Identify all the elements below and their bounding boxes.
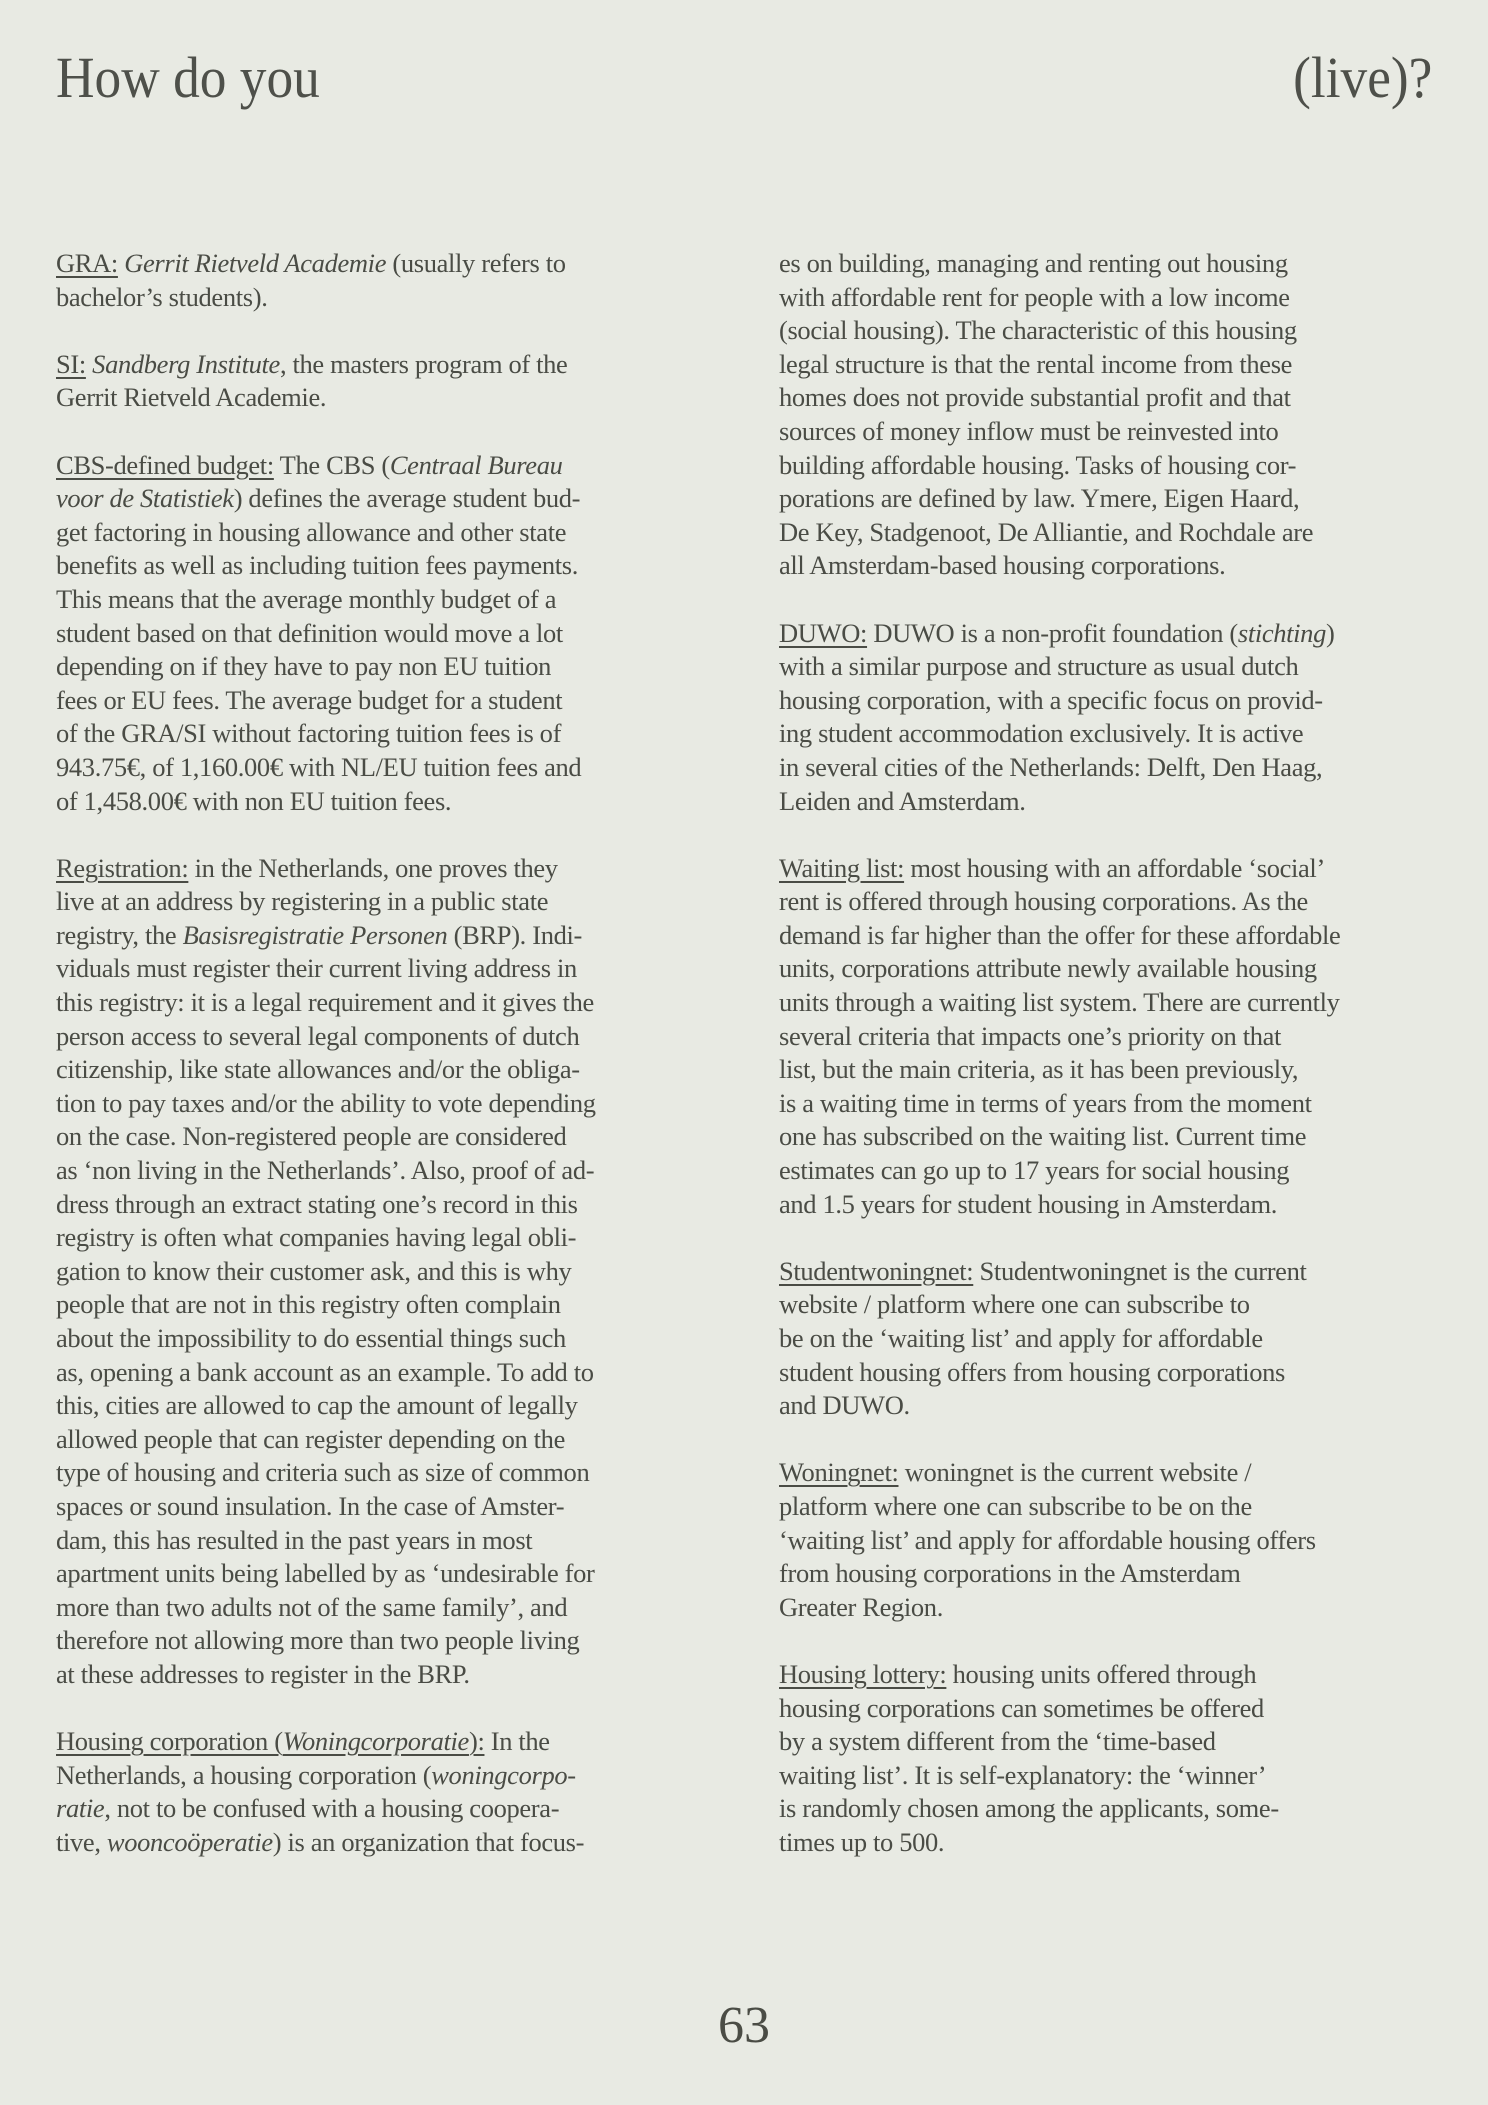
text-line: benefits as well as including tuition fe… [56, 549, 696, 583]
text-line: all Amsterdam-based housing corporations… [779, 549, 1419, 583]
body-text: (BRP). Indi- [447, 920, 582, 950]
text-line: housing corporations can sometimes be of… [779, 1692, 1419, 1726]
text-line: De Key, Stadgenoot, De Alliantie, and Ro… [779, 516, 1419, 550]
body-text: units through a waiting list system. The… [779, 987, 1340, 1017]
body-text: (social housing). The characteristic of … [779, 315, 1297, 345]
page-title-right: (live)? [1293, 42, 1432, 114]
body-text: Greater Region. [779, 1592, 943, 1622]
body-text: with affordable rent for people with a l… [779, 282, 1290, 312]
body-text: es on building, managing and renting out… [779, 248, 1288, 278]
body-text: dam, this has resulted in the past years… [56, 1525, 532, 1555]
text-line: more than two adults not of the same fam… [56, 1591, 696, 1625]
text-line: get factoring in housing allowance and o… [56, 516, 696, 550]
page-title-left: How do you [56, 42, 320, 114]
text-line: gation to know their customer ask, and t… [56, 1255, 696, 1289]
body-text: waiting list’. It is self-explanatory: t… [779, 1760, 1266, 1790]
body-text: Netherlands, a housing corporation ( [56, 1760, 431, 1790]
body-text: viduals must register their current livi… [56, 953, 577, 983]
body-text: estimates can go up to 17 years for soci… [779, 1155, 1289, 1185]
body-text: This means that the average monthly budg… [56, 584, 556, 614]
text-line: bachelor’s students). [56, 281, 696, 315]
body-text: registry, the [56, 920, 183, 950]
text-line: homes does not provide substantial profi… [779, 381, 1419, 415]
text-line: as, opening a bank account as an example… [56, 1356, 696, 1390]
body-text: more than two adults not of the same fam… [56, 1592, 567, 1622]
glossary-entry: es on building, managing and renting out… [779, 247, 1419, 583]
body-text: bachelor’s students). [56, 282, 267, 312]
text-line: is a waiting time in terms of years from… [779, 1087, 1419, 1121]
body-text: in the Netherlands, one proves they [188, 853, 557, 883]
body-text: De Key, Stadgenoot, De Alliantie, and Ro… [779, 517, 1313, 547]
italic-text: Basisregistratie Personen [183, 920, 448, 950]
body-text: on the case. Non-registered people are c… [56, 1121, 566, 1151]
glossary-entry: GRA: Gerrit Rietveld Academie (usually r… [56, 247, 696, 314]
glossary-entry: Woningnet: woningnet is the current webs… [779, 1456, 1419, 1624]
text-line: Woningnet: woningnet is the current webs… [779, 1456, 1419, 1490]
text-line: this registry: it is a legal requirement… [56, 986, 696, 1020]
text-line: depending on if they have to pay non EU … [56, 650, 696, 684]
text-line: demand is far higher than the offer for … [779, 919, 1419, 953]
glossary-term: ): [469, 1726, 485, 1756]
body-text: woningnet is the current website / [899, 1457, 1252, 1487]
body-text: this, cities are allowed to cap the amou… [56, 1390, 578, 1420]
text-line: porations are defined by law. Ymere, Eig… [779, 482, 1419, 516]
body-text: tion to pay taxes and/or the ability to … [56, 1088, 596, 1118]
body-text: all Amsterdam-based housing corporations… [779, 550, 1225, 580]
text-line: ratie, not to be confused with a housing… [56, 1792, 696, 1826]
text-line: ‘waiting list’ and apply for affordable … [779, 1524, 1419, 1558]
body-text: 943.75€, of 1,160.00€ with NL/EU tuition… [56, 752, 581, 782]
body-text: at these addresses to register in the BR… [56, 1659, 470, 1689]
text-line: Waiting list: most housing with an affor… [779, 852, 1419, 886]
text-line: from housing corporations in the Amsterd… [779, 1557, 1419, 1591]
text-line: therefore not allowing more than two peo… [56, 1624, 696, 1658]
body-text: several criteria that impacts one’s prio… [779, 1021, 1281, 1051]
glossary-entry: DUWO: DUWO is a non-profit foundation (s… [779, 617, 1419, 819]
text-line: one has subscribed on the waiting list. … [779, 1120, 1419, 1154]
text-line: and DUWO. [779, 1389, 1419, 1423]
italic-text: Gerrit Rietveld Academie [124, 248, 386, 278]
body-text: ‘waiting list’ and apply for affordable … [779, 1525, 1316, 1555]
glossary-entry: Waiting list: most housing with an affor… [779, 852, 1419, 1222]
text-line: person access to several legal component… [56, 1020, 696, 1054]
text-line: units through a waiting list system. The… [779, 986, 1419, 1020]
text-line: waiting list’. It is self-explanatory: t… [779, 1759, 1419, 1793]
body-text: student based on that definition would m… [56, 618, 563, 648]
body-text: of 1,458.00€ with non EU tuition fees. [56, 786, 451, 816]
italic-text: Sandberg Institute [92, 349, 280, 379]
text-line: live at an address by registering in a p… [56, 885, 696, 919]
text-line: with a similar purpose and structure as … [779, 650, 1419, 684]
body-text: housing units offered through [946, 1659, 1256, 1689]
glossary-entry: SI: Sandberg Institute, the masters prog… [56, 348, 696, 415]
body-text: ) is an organization that focus- [273, 1827, 584, 1857]
body-text: with a similar purpose and structure as … [779, 651, 1298, 681]
text-line: Gerrit Rietveld Academie. [56, 381, 696, 415]
text-line: dress through an extract stating one’s r… [56, 1188, 696, 1222]
text-line: legal structure is that the rental incom… [779, 348, 1419, 382]
glossary-term: Registration: [56, 853, 188, 883]
text-line: citizenship, like state allowances and/o… [56, 1053, 696, 1087]
text-line: (social housing). The characteristic of … [779, 314, 1419, 348]
text-line: several criteria that impacts one’s prio… [779, 1020, 1419, 1054]
text-line: spaces or sound insulation. In the case … [56, 1490, 696, 1524]
glossary-term: GRA: [56, 248, 118, 278]
body-text: by a system different from the ‘time-bas… [779, 1726, 1216, 1756]
body-text: Leiden and Amsterdam. [779, 786, 1026, 816]
text-line: es on building, managing and renting out… [779, 247, 1419, 281]
text-line: this, cities are allowed to cap the amou… [56, 1389, 696, 1423]
body-text: citizenship, like state allowances and/o… [56, 1054, 580, 1084]
body-text: gation to know their customer ask, and t… [56, 1256, 571, 1286]
text-line: be on the ‘waiting list’ and apply for a… [779, 1322, 1419, 1356]
text-line: housing corporation, with a specific foc… [779, 684, 1419, 718]
text-line: This means that the average monthly budg… [56, 583, 696, 617]
text-line: Greater Region. [779, 1591, 1419, 1625]
body-text: person access to several legal component… [56, 1021, 579, 1051]
text-line: Netherlands, a housing corporation (woni… [56, 1759, 696, 1793]
text-line: fees or EU fees. The average budget for … [56, 684, 696, 718]
text-line: rent is offered through housing corporat… [779, 885, 1419, 919]
body-text: demand is far higher than the offer for … [779, 920, 1340, 950]
text-line: of 1,458.00€ with non EU tuition fees. [56, 785, 696, 819]
text-line: list, but the main criteria, as it has b… [779, 1053, 1419, 1087]
glossary-term: Woningcorporatie [283, 1726, 469, 1756]
body-text: spaces or sound insulation. In the case … [56, 1491, 564, 1521]
glossary-entry: Housing lottery: housing units offered t… [779, 1658, 1419, 1860]
body-text: , the masters program of the [280, 349, 568, 379]
glossary-term: DUWO: [779, 618, 867, 648]
text-line: DUWO: DUWO is a non-profit foundation (s… [779, 617, 1419, 651]
body-text: rent is offered through housing corporat… [779, 886, 1308, 916]
body-text: live at an address by registering in a p… [56, 886, 548, 916]
body-text: in several cities of the Netherlands: De… [779, 752, 1322, 782]
body-text: , not to be confused with a housing coop… [104, 1793, 559, 1823]
text-line: sources of money inflow must be reinvest… [779, 415, 1419, 449]
text-line: type of housing and criteria such as siz… [56, 1456, 696, 1490]
body-text: building affordable housing. Tasks of ho… [779, 450, 1296, 480]
text-line: student based on that definition would m… [56, 617, 696, 651]
body-text: about the impossibility to do essential … [56, 1323, 566, 1353]
body-text: people that are not in this registry oft… [56, 1289, 561, 1319]
glossary-entry: Studentwoningnet: Studentwoningnet is th… [779, 1255, 1419, 1423]
glossary-entry: Housing corporation (Woningcorporatie): … [56, 1725, 696, 1859]
body-text: and DUWO. [779, 1390, 910, 1420]
text-line: Studentwoningnet: Studentwoningnet is th… [779, 1255, 1419, 1289]
body-text: platform where one can subscribe to be o… [779, 1491, 1252, 1521]
body-text: apartment units being labelled by as ‘un… [56, 1558, 595, 1588]
text-line: as ‘non living in the Netherlands’. Also… [56, 1154, 696, 1188]
body-text: one has subscribed on the waiting list. … [779, 1121, 1306, 1151]
body-text: In the [484, 1726, 549, 1756]
text-line: Registration: in the Netherlands, one pr… [56, 852, 696, 886]
body-text: benefits as well as including tuition fe… [56, 550, 578, 580]
body-text: homes does not provide substantial profi… [779, 382, 1291, 412]
body-text: is randomly chosen among the applicants,… [779, 1793, 1279, 1823]
body-text: this registry: it is a legal requirement… [56, 987, 594, 1017]
text-line: 943.75€, of 1,160.00€ with NL/EU tuition… [56, 751, 696, 785]
glossary-term: SI: [56, 349, 86, 379]
text-line: of the GRA/SI without factoring tuition … [56, 717, 696, 751]
text-line: is randomly chosen among the applicants,… [779, 1792, 1419, 1826]
body-text: dress through an extract stating one’s r… [56, 1189, 578, 1219]
body-text: as ‘non living in the Netherlands’. Also… [56, 1155, 594, 1185]
glossary-term: Woningnet: [779, 1457, 899, 1487]
body-text: fees or EU fees. The average budget for … [56, 685, 562, 715]
body-text: and 1.5 years for student housing in Ams… [779, 1189, 1277, 1219]
body-text: most housing with an affordable ‘social’ [904, 853, 1325, 883]
text-line: Housing corporation (Woningcorporatie): … [56, 1725, 696, 1759]
text-line: tion to pay taxes and/or the ability to … [56, 1087, 696, 1121]
text-line: and 1.5 years for student housing in Ams… [779, 1188, 1419, 1222]
body-text: DUWO is a non-profit foundation ( [867, 618, 1238, 648]
body-text: is a waiting time in terms of years from… [779, 1088, 1312, 1118]
text-line: building affordable housing. Tasks of ho… [779, 449, 1419, 483]
italic-text: voor de Statistiek [56, 483, 234, 513]
glossary-column-right: es on building, managing and renting out… [779, 247, 1419, 1893]
text-line: platform where one can subscribe to be o… [779, 1490, 1419, 1524]
body-text: units, corporations attribute newly avai… [779, 953, 1317, 983]
body-text: Studentwoningnet is the current [973, 1256, 1306, 1286]
text-line: ing student accommodation exclusively. I… [779, 717, 1419, 751]
body-text: tive, [56, 1827, 107, 1857]
body-text: website / platform where one can subscri… [779, 1289, 1250, 1319]
text-line: with affordable rent for people with a l… [779, 281, 1419, 315]
text-line: registry is often what companies having … [56, 1221, 696, 1255]
italic-text: Centraal Bureau [390, 450, 563, 480]
body-text: registry is often what companies having … [56, 1222, 576, 1252]
glossary-entry: CBS-defined budget: The CBS (Centraal Bu… [56, 449, 696, 819]
text-line: apartment units being labelled by as ‘un… [56, 1557, 696, 1591]
text-line: dam, this has resulted in the past years… [56, 1524, 696, 1558]
italic-text: woningcorpo- [431, 1760, 576, 1790]
glossary-term: Housing lottery: [779, 1659, 946, 1689]
text-line: Housing lottery: housing units offered t… [779, 1658, 1419, 1692]
text-line: tive, wooncoöperatie) is an organization… [56, 1826, 696, 1860]
glossary-column-left: GRA: Gerrit Rietveld Academie (usually r… [56, 247, 696, 1893]
body-text: The CBS ( [274, 450, 390, 480]
text-line: registry, the Basisregistratie Personen … [56, 919, 696, 953]
body-text: student housing offers from housing corp… [779, 1357, 1285, 1387]
body-text: be on the ‘waiting list’ and apply for a… [779, 1323, 1263, 1353]
text-line: SI: Sandberg Institute, the masters prog… [56, 348, 696, 382]
text-line: on the case. Non-registered people are c… [56, 1120, 696, 1154]
body-text: list, but the main criteria, as it has b… [779, 1054, 1298, 1084]
glossary-term: CBS-defined budget: [56, 450, 274, 480]
text-line: in several cities of the Netherlands: De… [779, 751, 1419, 785]
glossary-entry: Registration: in the Netherlands, one pr… [56, 852, 696, 1692]
body-text: type of housing and criteria such as siz… [56, 1457, 589, 1487]
glossary-term: Studentwoningnet: [779, 1256, 973, 1286]
text-line: estimates can go up to 17 years for soci… [779, 1154, 1419, 1188]
body-text: therefore not allowing more than two peo… [56, 1625, 579, 1655]
text-line: at these addresses to register in the BR… [56, 1658, 696, 1692]
body-text: housing corporations can sometimes be of… [779, 1693, 1264, 1723]
text-line: units, corporations attribute newly avai… [779, 952, 1419, 986]
text-line: Leiden and Amsterdam. [779, 785, 1419, 819]
body-text: Gerrit Rietveld Academie. [56, 382, 326, 412]
glossary-term: Housing corporation ( [56, 1726, 283, 1756]
body-text: sources of money inflow must be reinvest… [779, 416, 1278, 446]
body-text: from housing corporations in the Amsterd… [779, 1558, 1241, 1588]
text-line: people that are not in this registry oft… [56, 1288, 696, 1322]
italic-text: stichting [1238, 618, 1326, 648]
text-line: CBS-defined budget: The CBS (Centraal Bu… [56, 449, 696, 483]
text-line: student housing offers from housing corp… [779, 1356, 1419, 1390]
body-text: (usually refers to [386, 248, 566, 278]
body-text: ing student accommodation exclusively. I… [779, 718, 1303, 748]
body-text: times up to 500. [779, 1827, 944, 1857]
body-text: depending on if they have to pay non EU … [56, 651, 551, 681]
text-line: website / platform where one can subscri… [779, 1288, 1419, 1322]
body-text: get factoring in housing allowance and o… [56, 517, 566, 547]
text-line: viduals must register their current livi… [56, 952, 696, 986]
italic-text: ratie [56, 1793, 104, 1823]
body-text: housing corporation, with a specific foc… [779, 685, 1323, 715]
text-line: allowed people that can register dependi… [56, 1423, 696, 1457]
body-text: porations are defined by law. Ymere, Eig… [779, 483, 1299, 513]
text-line: GRA: Gerrit Rietveld Academie (usually r… [56, 247, 696, 281]
body-text: legal structure is that the rental incom… [779, 349, 1292, 379]
body-text: ) [1326, 618, 1334, 648]
body-text: of the GRA/SI without factoring tuition … [56, 718, 561, 748]
text-line: by a system different from the ‘time-bas… [779, 1725, 1419, 1759]
glossary-term: Waiting list: [779, 853, 904, 883]
page-number: 63 [0, 1996, 1488, 2056]
italic-text: wooncoöperatie [107, 1827, 273, 1857]
body-text: ) defines the average student bud- [234, 483, 580, 513]
text-line: voor de Statistiek) defines the average … [56, 482, 696, 516]
text-line: times up to 500. [779, 1826, 1419, 1860]
body-text: as, opening a bank account as an example… [56, 1357, 594, 1387]
text-line: about the impossibility to do essential … [56, 1322, 696, 1356]
body-text: allowed people that can register dependi… [56, 1424, 565, 1454]
